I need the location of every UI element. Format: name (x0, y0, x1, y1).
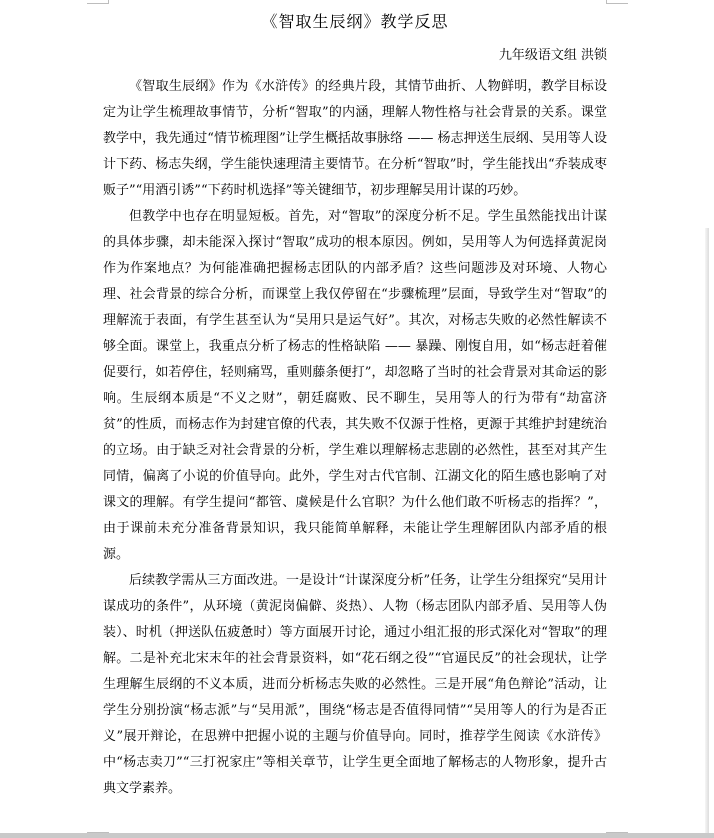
page-title: 《智取生辰纲》教学反思 (103, 9, 607, 35)
paragraph: 但教学中也存在明显短板。首先，对“智取”的深度分析不足。学生虽然能找出计谋的具体… (103, 204, 607, 568)
paragraph: 《智取生辰纲》作为《水浒传》的经典片段，其情节曲折、人物鲜明，教学目标设定为让学… (103, 74, 607, 204)
document-page: 《智取生辰纲》教学反思 九年级语文组 洪锁 《智取生辰纲》作为《水浒传》的经典片… (0, 0, 714, 838)
paragraph: 后续教学需从三方面改进。一是设计“计谋深度分析”任务，让学生分组探究“吴用计谋成… (103, 568, 607, 802)
page-bottom-edge (0, 833, 714, 838)
document-text-area: 《智取生辰纲》教学反思 九年级语文组 洪锁 《智取生辰纲》作为《水浒传》的经典片… (103, 0, 607, 802)
page-right-edge-shadow (705, 228, 709, 833)
text-boundary-mark-top-right (606, 3, 628, 4)
document-body: 《智取生辰纲》作为《水浒传》的经典片段，其情节曲折、人物鲜明，教学目标设定为让学… (103, 74, 607, 802)
author-byline: 九年级语文组 洪锁 (103, 43, 607, 69)
